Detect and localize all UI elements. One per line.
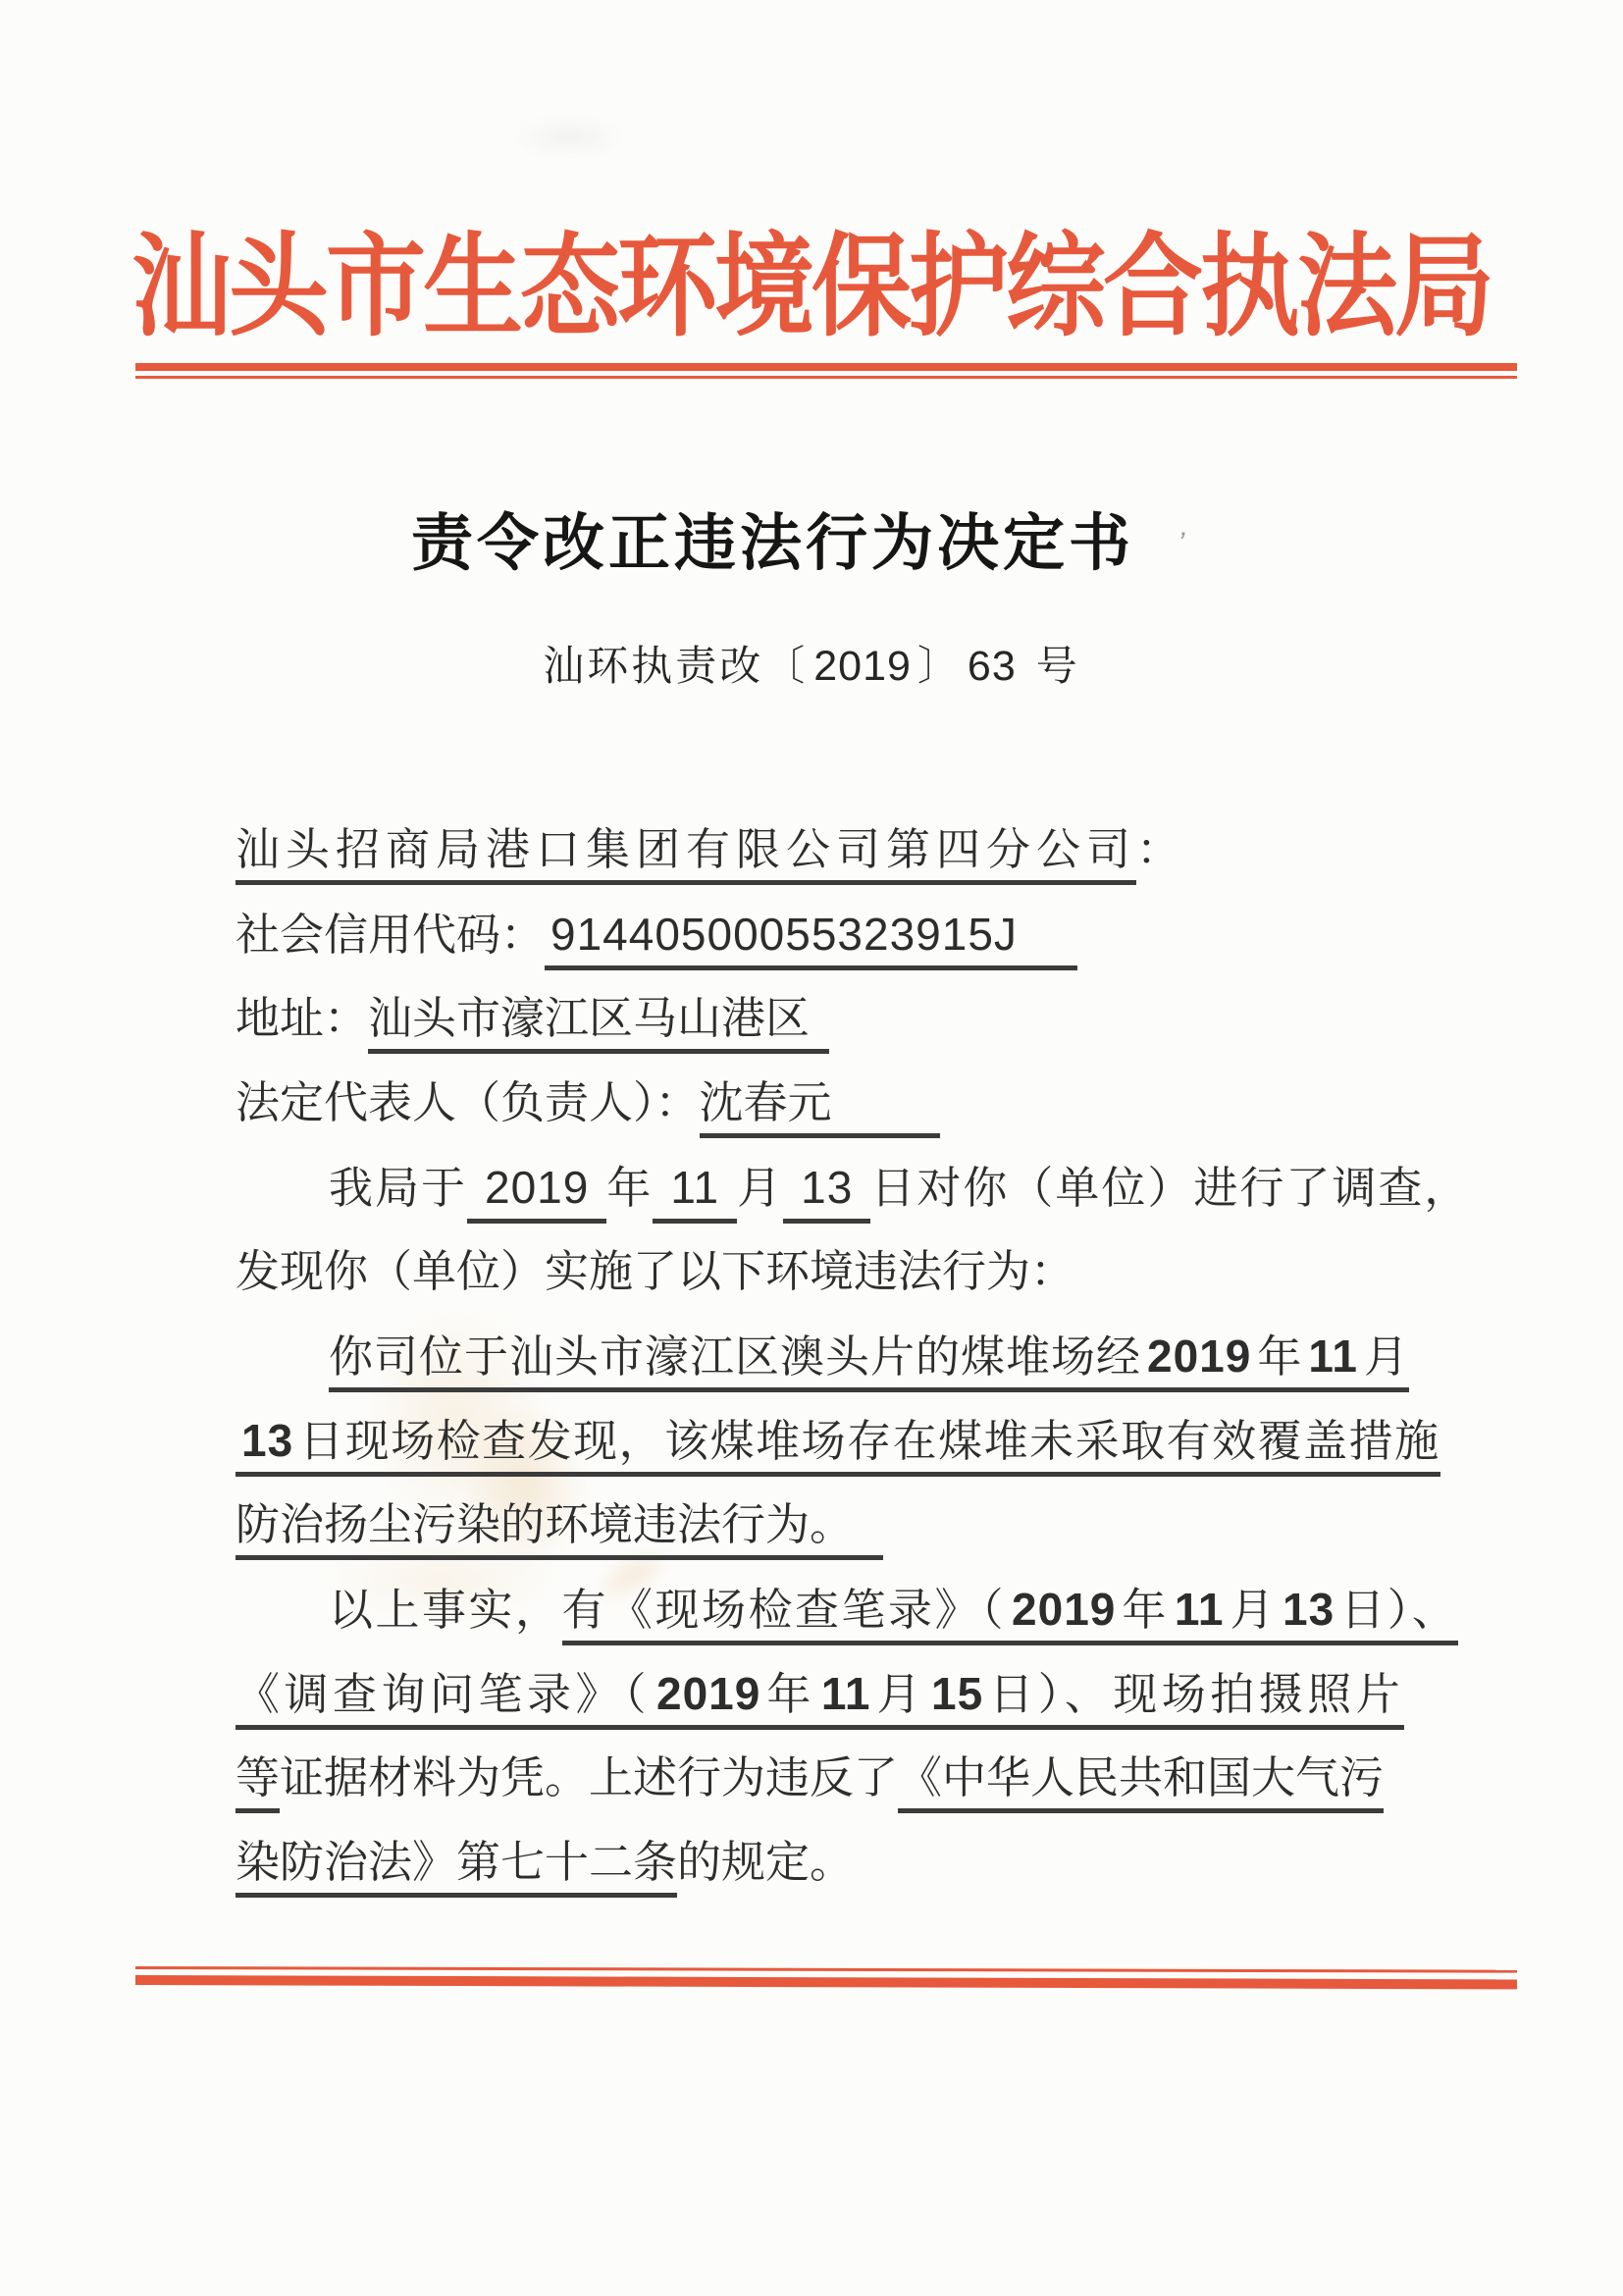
cjk-text: 以上事实， bbox=[329, 1586, 562, 1635]
body-line-13: 染防治法》第七十二条的规定。 bbox=[236, 1820, 1437, 1905]
cjk-text: 汕头招商局港口集团有限公司第四分公司 bbox=[236, 825, 1136, 874]
underlined-segment: 你司位于汕头市濠江区澳头片的煤堆场经2019年11月 bbox=[329, 1332, 1409, 1392]
body-line-6: 发现你（单位）实施了以下环境违法行为： bbox=[236, 1229, 1437, 1314]
cjk-text: 我局于 bbox=[329, 1164, 467, 1213]
cjk-text: 日现场检查发现，该煤堆场存在煤堆未采取有效覆盖措施 bbox=[299, 1417, 1440, 1466]
doc-number-suffix: 号 bbox=[1036, 645, 1080, 690]
cjk-text: 防治扬尘污染的环境违法行为。 bbox=[236, 1500, 854, 1549]
body-line-5: 我局于2019年11月13日对你（单位）进行了调查， bbox=[236, 1145, 1437, 1229]
cjk-text: 月 bbox=[1230, 1586, 1278, 1635]
doc-number-bracket: 〕 bbox=[917, 645, 962, 690]
underlined-segment: 13 bbox=[783, 1164, 870, 1224]
body-line-10: 以上事实，有《现场检查笔录》（2019年11月13日）、 bbox=[236, 1567, 1437, 1651]
cjk-text: 汕头市濠江区马山港区 bbox=[368, 994, 810, 1043]
document-number: 汕环执责改〔2019〕63号 bbox=[0, 638, 1623, 696]
cjk-text: 你司位于汕头市濠江区澳头片的煤堆场经 bbox=[329, 1332, 1141, 1382]
numeric-text: 2019 bbox=[656, 1668, 760, 1719]
doc-number-prefix: 汕环执责改〔 bbox=[543, 645, 808, 690]
cjk-text: 日）、 bbox=[1340, 1586, 1458, 1635]
cjk-text: 月 bbox=[737, 1164, 783, 1213]
body-line-4: 法定代表人（负责人）：沈春元 bbox=[236, 1061, 1437, 1145]
cjk-text: 社会信用代码： bbox=[236, 911, 545, 960]
cjk-text: 的规定。 bbox=[677, 1838, 854, 1887]
document-page: 汕头市生态环境保护综合执法局 责令改正违法行为决定书 ʼ 汕环执责改〔2019〕… bbox=[0, 0, 1623, 2296]
numeric-text: 11 bbox=[1308, 1331, 1358, 1382]
cjk-text: 《中华人民共和国大气污 bbox=[898, 1753, 1384, 1802]
cjk-text: 年 bbox=[1122, 1586, 1169, 1635]
underlined-segment: 染防治法》第七十二条 bbox=[236, 1838, 677, 1898]
numeric-text: 11 bbox=[670, 1162, 719, 1213]
cjk-text: 染防治法》第七十二条 bbox=[236, 1838, 677, 1887]
cjk-text: 日对你（单位）进行了调查， bbox=[870, 1164, 1470, 1213]
underlined-segment: 汕头招商局港口集团有限公司第四分公司 bbox=[236, 825, 1136, 885]
body-line-12: 等证据材料为凭。上述行为违反了《中华人民共和国大气污 bbox=[236, 1736, 1437, 1820]
cjk-text: ： bbox=[1136, 825, 1186, 874]
body-line-11: 《调查询问笔录》（2019年11月15日）、现场拍摄照片 bbox=[236, 1651, 1437, 1736]
cjk-text: 年 bbox=[606, 1164, 653, 1213]
cjk-text: 年 bbox=[766, 1670, 815, 1719]
text-segment: 社会信用代码： bbox=[236, 911, 545, 960]
cjk-text: 月 bbox=[877, 1670, 926, 1719]
underlined-segment: 有《现场检查笔录》（2019年11月13日）、 bbox=[562, 1586, 1459, 1645]
cjk-text: 《调查询问笔录》（ bbox=[236, 1670, 651, 1719]
text-segment: 我局于 bbox=[329, 1164, 467, 1213]
doc-number-serial: 63 bbox=[968, 643, 1017, 690]
body-line-1: 汕头招商局港口集团有限公司第四分公司： bbox=[236, 808, 1437, 892]
cjk-text: 有《现场检查笔录》（ bbox=[562, 1586, 1007, 1635]
text-segment: 地址： bbox=[236, 994, 368, 1043]
underlined-segment: 2019 bbox=[467, 1164, 606, 1224]
body-line-3: 地址：汕头市濠江区马山港区 bbox=[236, 976, 1437, 1061]
underlined-segment: 防治扬尘污染的环境违法行为。 bbox=[236, 1500, 883, 1560]
underlined-segment: 11 bbox=[653, 1164, 737, 1224]
text-segment: 日对你（单位）进行了调查， bbox=[870, 1164, 1470, 1213]
doc-number-year: 2019 bbox=[813, 643, 912, 690]
letterhead-rule-thin bbox=[135, 376, 1517, 379]
underlined-segment: 13日现场检查发现，该煤堆场存在煤堆未采取有效覆盖措施 bbox=[236, 1417, 1440, 1477]
underlined-segment: 沈春元 bbox=[700, 1078, 940, 1138]
numeric-text: 11 bbox=[821, 1668, 871, 1719]
cjk-text: 等 bbox=[236, 1753, 280, 1802]
body-line-2: 社会信用代码：91440500055323915J bbox=[236, 892, 1437, 976]
numeric-text: 91440500055323915J bbox=[550, 909, 1018, 960]
text-segment: 证据材料为凭。上述行为违反了 bbox=[280, 1753, 898, 1802]
cjk-text: 地址： bbox=[236, 994, 368, 1043]
document-title: 责令改正违法行为决定书 bbox=[0, 506, 1545, 581]
numeric-text: 13 bbox=[241, 1415, 293, 1466]
numeric-text: 2019 bbox=[1012, 1584, 1116, 1635]
numeric-text: 13 bbox=[801, 1162, 853, 1213]
cjk-text: 月 bbox=[1364, 1332, 1409, 1382]
body-line-7: 你司位于汕头市濠江区澳头片的煤堆场经2019年11月 bbox=[236, 1314, 1437, 1398]
numeric-text: 11 bbox=[1175, 1584, 1225, 1635]
text-segment: 法定代表人（负责人）： bbox=[236, 1078, 700, 1127]
underlined-segment: 汕头市濠江区马山港区 bbox=[368, 994, 829, 1054]
underlined-segment: 等 bbox=[236, 1753, 280, 1813]
letterhead-agency-name: 汕头市生态环境保护综合执法局 bbox=[0, 212, 1623, 366]
body-line-8: 13日现场检查发现，该煤堆场存在煤堆未采取有效覆盖措施 bbox=[236, 1398, 1437, 1483]
paper-stain bbox=[510, 118, 628, 157]
numeric-text: 15 bbox=[931, 1668, 983, 1719]
cjk-text: 发现你（单位）实施了以下环境违法行为： bbox=[236, 1247, 1074, 1296]
body-line-9: 防治扬尘污染的环境违法行为。 bbox=[236, 1483, 1437, 1567]
text-segment: 的规定。 bbox=[677, 1838, 854, 1887]
cjk-text: 年 bbox=[1257, 1332, 1302, 1382]
body-text-block: 汕头招商局港口集团有限公司第四分公司：社会信用代码：91440500055323… bbox=[236, 808, 1437, 1905]
cjk-text: 沈春元 bbox=[700, 1078, 832, 1127]
text-segment: 年 bbox=[606, 1164, 653, 1213]
numeric-text: 2019 bbox=[485, 1162, 589, 1213]
text-segment: 以上事实， bbox=[329, 1586, 562, 1635]
underlined-segment: 91440500055323915J bbox=[545, 911, 1077, 970]
footer-rule-thin bbox=[135, 1966, 1517, 1973]
text-segment: 发现你（单位）实施了以下环境违法行为： bbox=[236, 1247, 1074, 1296]
letterhead-rule-thick bbox=[135, 363, 1517, 371]
numeric-text: 2019 bbox=[1147, 1331, 1251, 1382]
footer-rule-thick bbox=[135, 1975, 1517, 1989]
underlined-segment: 《中华人民共和国大气污 bbox=[898, 1753, 1384, 1813]
text-segment: ： bbox=[1136, 825, 1186, 874]
cjk-text: 法定代表人（负责人）： bbox=[236, 1078, 700, 1127]
cjk-text: 证据材料为凭。上述行为违反了 bbox=[280, 1753, 898, 1802]
cjk-text: 日）、现场拍摄照片 bbox=[989, 1670, 1404, 1719]
underlined-segment: 《调查询问笔录》（2019年11月15日）、现场拍摄照片 bbox=[236, 1670, 1404, 1730]
text-segment: 月 bbox=[737, 1164, 783, 1213]
numeric-text: 13 bbox=[1283, 1584, 1335, 1635]
